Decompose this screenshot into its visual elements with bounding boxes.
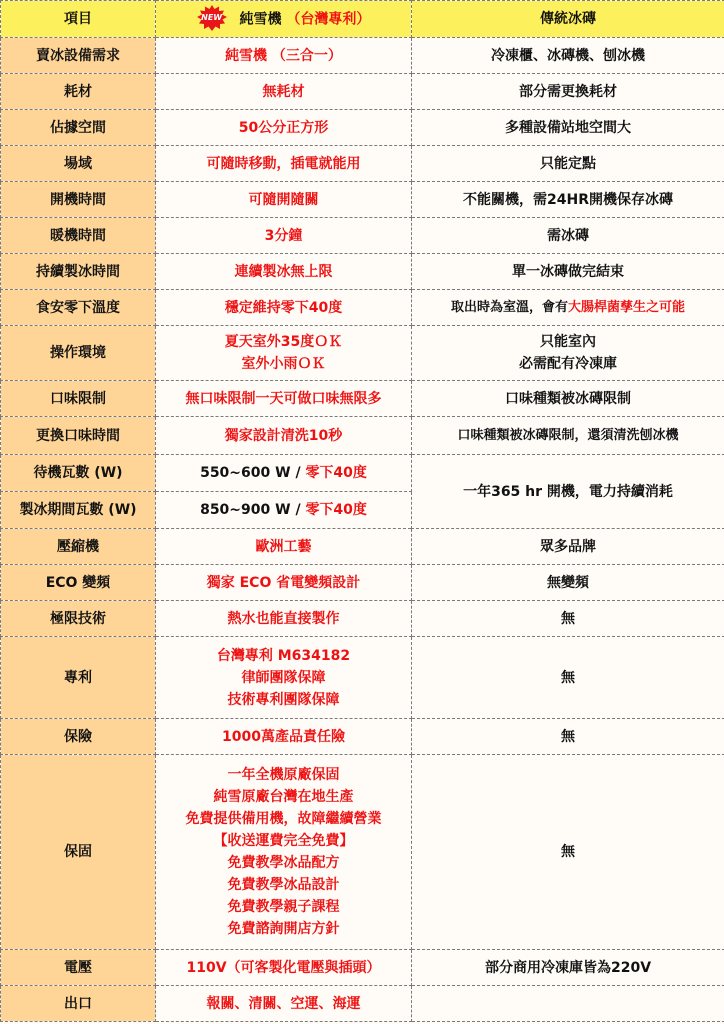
table-row: 操作環境 夏天室外35度ＯＫ 室外小雨ＯＫ 只能室內 必需配有冷凍庫	[1, 326, 724, 381]
theirs-value: 無	[412, 755, 724, 950]
product-name: 純雪機	[240, 11, 282, 27]
ours-value: 550~600 W / 零下40度	[156, 455, 412, 492]
ours-line: 免費教學親子課程	[158, 896, 409, 918]
ours-highlight-text: 零下40度	[305, 465, 366, 481]
theirs-value: 一年365 hr 開機，電力持續消耗	[412, 455, 724, 529]
row-label: 口味限制	[1, 381, 156, 417]
ours-line: 技術專利團隊保障	[158, 689, 409, 711]
ours-line: 夏天室外35度ＯＫ	[158, 331, 409, 353]
theirs-value: 部分商用冷凍庫皆為220V	[412, 950, 724, 986]
theirs-value: 口味種類被冰磚限制	[412, 381, 724, 417]
product-patent-note: （台灣專利）	[286, 11, 370, 27]
ours-line: 免費諮詢開店方針	[158, 918, 409, 940]
row-label: 極限技術	[1, 601, 156, 637]
header-label: 項目	[1, 1, 156, 38]
theirs-value: 單一冰磚做完結束	[412, 254, 724, 290]
theirs-value: 眾多品牌	[412, 529, 724, 565]
table-row: 出口 報關、清關、空運、海運	[1, 986, 724, 1022]
ours-value: 可隨開隨關	[156, 182, 412, 218]
ours-value: 可隨時移動，插電就能用	[156, 146, 412, 182]
ours-highlight-text: 零下40度	[305, 502, 366, 518]
new-badge-icon: NEW	[197, 5, 227, 31]
theirs-value: 不能關機，需24HR開機保存冰磚	[412, 182, 724, 218]
theirs-value: 只能定點	[412, 146, 724, 182]
ours-value: 台灣專利 M634182 律師團隊保障 技術專利團隊保障	[156, 637, 412, 719]
ours-value: 報關、清關、空運、海運	[156, 986, 412, 1022]
comparison-table: 項目 NEW 純雪機 （台灣專利） 傳統冰磚 賣冰設備需求 純雪機 （三合一） …	[0, 0, 724, 1022]
theirs-line: 只能室內	[414, 331, 722, 353]
ours-value: 純雪機 （三合一）	[156, 38, 412, 74]
theirs-line: 必需配有冷凍庫	[414, 353, 722, 375]
ours-line: 免費教學冰品配方	[158, 852, 409, 874]
ours-line: 室外小雨ＯＫ	[158, 353, 409, 375]
row-label: 食安零下溫度	[1, 290, 156, 326]
theirs-value: 只能室內 必需配有冷凍庫	[412, 326, 724, 381]
row-label: 更換口味時間	[1, 417, 156, 455]
theirs-value	[412, 986, 724, 1022]
row-label: 製冰期間瓦數 (W)	[1, 492, 156, 529]
theirs-value: 多種設備站地空間大	[412, 110, 724, 146]
table-row: 口味限制 無口味限制一天可做口味無限多 口味種類被冰磚限制	[1, 381, 724, 417]
row-label: 佔據空間	[1, 110, 156, 146]
ours-plain-text: 850~900 W /	[200, 502, 305, 518]
header-row: 項目 NEW 純雪機 （台灣專利） 傳統冰磚	[1, 1, 724, 38]
ours-line: 【收送運費完全免費】	[158, 830, 409, 852]
theirs-value: 取出時為室溫，會有大腸桿菌孳生之可能	[412, 290, 724, 326]
theirs-value: 冷凍櫃、冰磚機、刨冰機	[412, 38, 724, 74]
table-row: 暖機時間 3分鐘 需冰磚	[1, 218, 724, 254]
table-row: 保固 一年全機原廠保固 純雪原廠台灣在地生產 免費提供備用機，故障繼續營業 【收…	[1, 755, 724, 950]
theirs-value: 部分需更換耗材	[412, 74, 724, 110]
theirs-value: 無	[412, 719, 724, 755]
table-row: 開機時間 可隨開隨關 不能關機，需24HR開機保存冰磚	[1, 182, 724, 218]
table-row: 電壓 110V（可客製化電壓與插頭） 部分商用冷凍庫皆為220V	[1, 950, 724, 986]
ours-value: 獨家 ECO 省電變頻設計	[156, 565, 412, 601]
row-label: 專利	[1, 637, 156, 719]
row-label: 待機瓦數 (W)	[1, 455, 156, 492]
ours-value: 850~900 W / 零下40度	[156, 492, 412, 529]
ours-line: 純雪原廠台灣在地生產	[158, 786, 409, 808]
row-label: 出口	[1, 986, 156, 1022]
ours-line: 免費教學冰品設計	[158, 874, 409, 896]
table-row: 佔據空間 50公分正方形 多種設備站地空間大	[1, 110, 724, 146]
ours-value: 夏天室外35度ＯＫ 室外小雨ＯＫ	[156, 326, 412, 381]
row-label: 暖機時間	[1, 218, 156, 254]
table-row: 極限技術 熱水也能直接製作 無	[1, 601, 724, 637]
row-label: 操作環境	[1, 326, 156, 381]
table-row: 持續製冰時間 連續製冰無上限 單一冰磚做完結束	[1, 254, 724, 290]
table-row: ECO 變頻 獨家 ECO 省電變頻設計 無變頻	[1, 565, 724, 601]
theirs-value: 無變頻	[412, 565, 724, 601]
header-product: NEW 純雪機 （台灣專利）	[156, 1, 412, 38]
ours-value: 1000萬產品責任險	[156, 719, 412, 755]
ours-value: 穩定維持零下40度	[156, 290, 412, 326]
row-label: 持續製冰時間	[1, 254, 156, 290]
row-label: 保險	[1, 719, 156, 755]
ours-value: 連續製冰無上限	[156, 254, 412, 290]
table-row: 食安零下溫度 穩定維持零下40度 取出時為室溫，會有大腸桿菌孳生之可能	[1, 290, 724, 326]
ours-line: 免費提供備用機，故障繼續營業	[158, 808, 409, 830]
row-label: 賣冰設備需求	[1, 38, 156, 74]
table-row: 場域 可隨時移動，插電就能用 只能定點	[1, 146, 724, 182]
row-label: 壓縮機	[1, 529, 156, 565]
table-row: 耗材 無耗材 部分需更換耗材	[1, 74, 724, 110]
ours-line: 律師團隊保障	[158, 667, 409, 689]
ours-plain-text: 550~600 W /	[200, 465, 305, 481]
ours-value: 熱水也能直接製作	[156, 601, 412, 637]
ours-value: 無口味限制一天可做口味無限多	[156, 381, 412, 417]
table-row: 壓縮機 歐洲工藝 眾多品牌	[1, 529, 724, 565]
table-row: 保險 1000萬產品責任險 無	[1, 719, 724, 755]
theirs-value: 口味種類被冰磚限制，還須清洗刨冰機	[412, 417, 724, 455]
ours-line: 一年全機原廠保固	[158, 764, 409, 786]
ours-value: 歐洲工藝	[156, 529, 412, 565]
table-row: 待機瓦數 (W) 550~600 W / 零下40度 一年365 hr 開機，電…	[1, 455, 724, 492]
header-competitor: 傳統冰磚	[412, 1, 724, 38]
row-label: 保固	[1, 755, 156, 950]
ours-value: 3分鐘	[156, 218, 412, 254]
theirs-plain-text: 取出時為室溫，會有	[451, 300, 568, 315]
row-label: 耗材	[1, 74, 156, 110]
ours-value: 獨家設計清洗10秒	[156, 417, 412, 455]
theirs-value: 無	[412, 637, 724, 719]
table-row: 賣冰設備需求 純雪機 （三合一） 冷凍櫃、冰磚機、刨冰機	[1, 38, 724, 74]
ours-line: 台灣專利 M634182	[158, 645, 409, 667]
theirs-value: 需冰磚	[412, 218, 724, 254]
ours-value: 110V（可客製化電壓與插頭）	[156, 950, 412, 986]
row-label: 場域	[1, 146, 156, 182]
theirs-highlight-text: 大腸桿菌孳生之可能	[568, 300, 685, 315]
table-row: 更換口味時間 獨家設計清洗10秒 口味種類被冰磚限制，還須清洗刨冰機	[1, 417, 724, 455]
theirs-value: 無	[412, 601, 724, 637]
row-label: 開機時間	[1, 182, 156, 218]
ours-value: 一年全機原廠保固 純雪原廠台灣在地生產 免費提供備用機，故障繼續營業 【收送運費…	[156, 755, 412, 950]
table-row: 專利 台灣專利 M634182 律師團隊保障 技術專利團隊保障 無	[1, 637, 724, 719]
row-label: ECO 變頻	[1, 565, 156, 601]
ours-value: 無耗材	[156, 74, 412, 110]
row-label: 電壓	[1, 950, 156, 986]
ours-value: 50公分正方形	[156, 110, 412, 146]
